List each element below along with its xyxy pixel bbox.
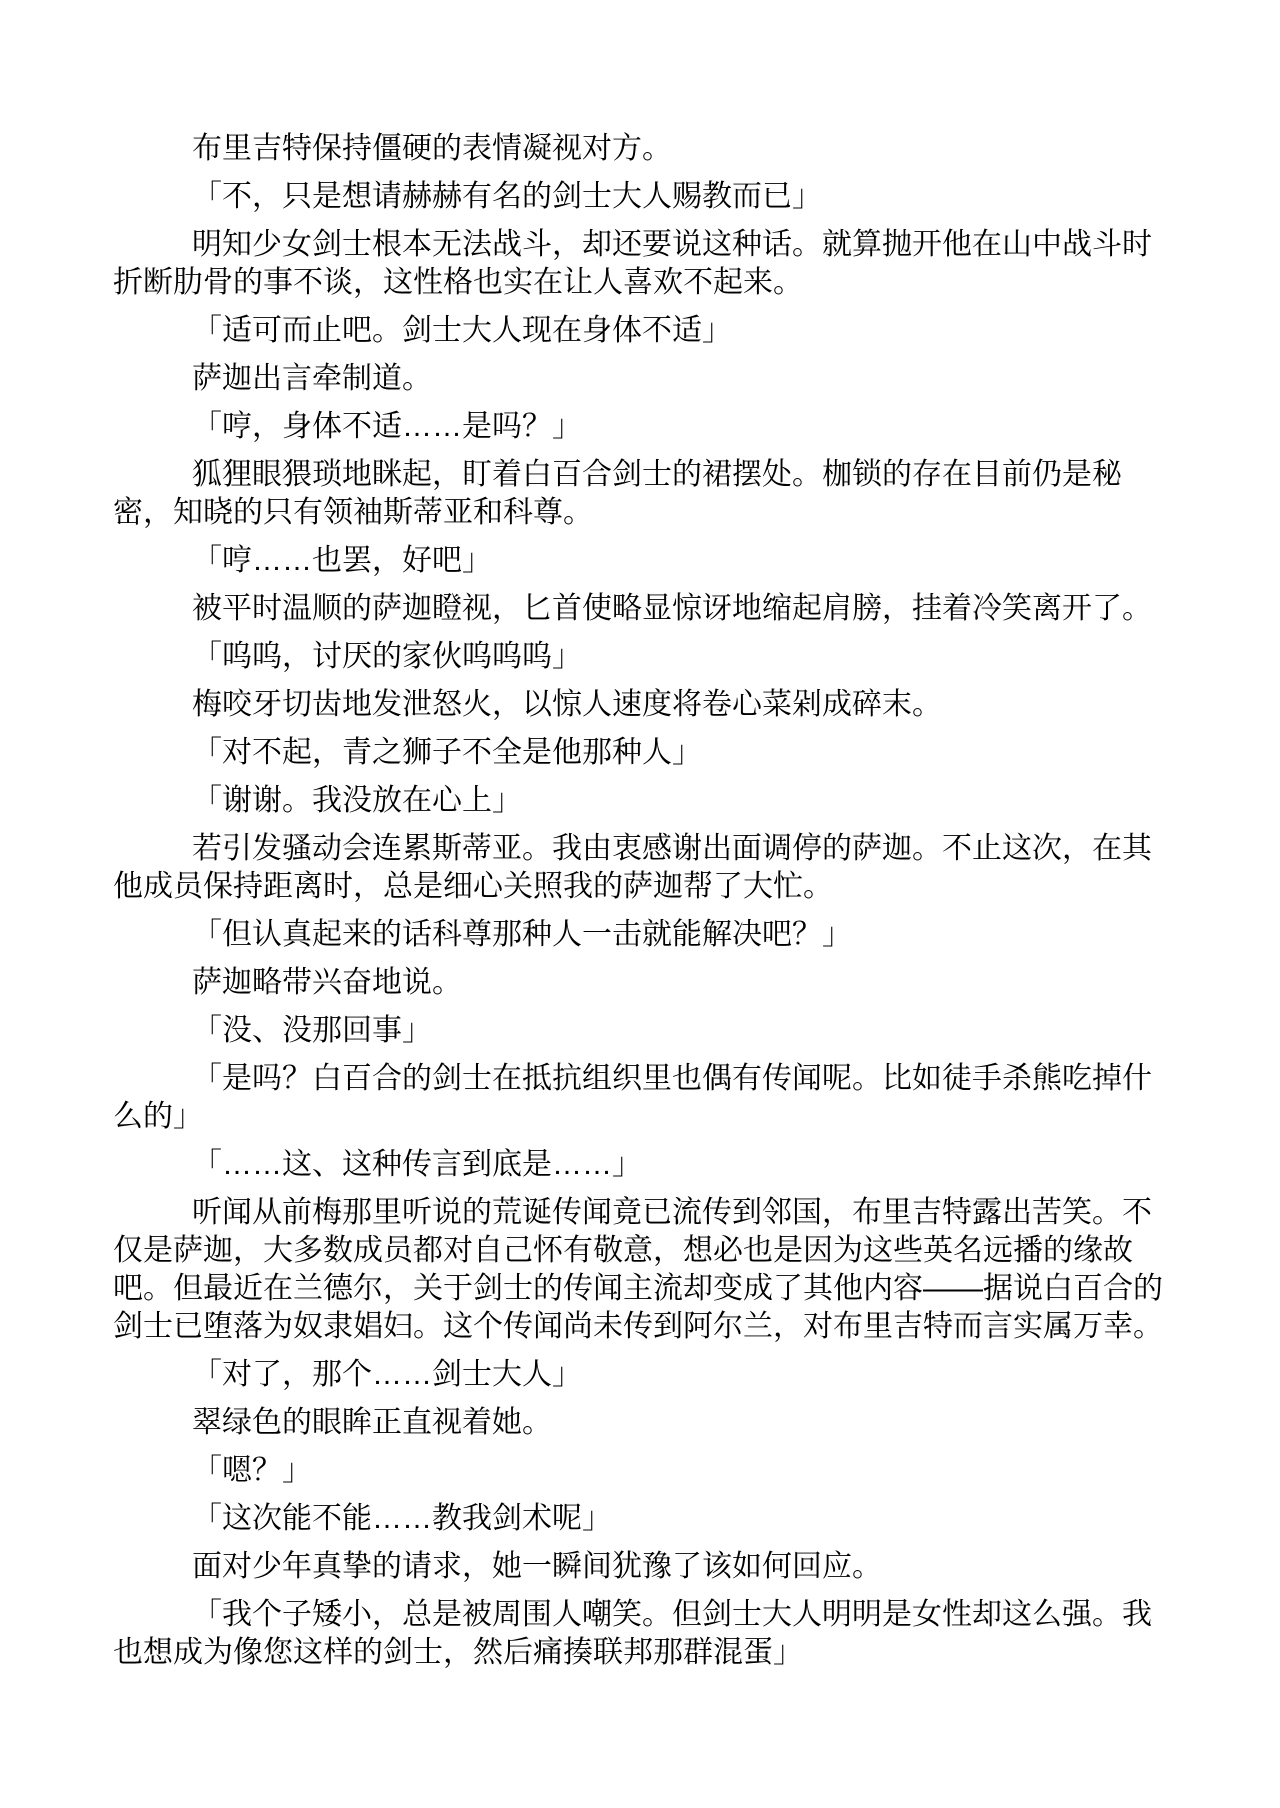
- paragraph-dialogue: 「哼，身体不适……是吗？」: [113, 408, 1166, 446]
- body-text: 布里吉特保持僵硬的表情凝视对方。 「不，只是想请赫赫有名的剑士大人赐教而已」 明…: [113, 130, 1166, 1672]
- paragraph-narration: 梅咬牙切齿地发泄怒火，以惊人速度将卷心菜剁成碎末。: [113, 686, 1166, 724]
- paragraph-dialogue: 「但认真起来的话科尊那种人一击就能解决吧？」: [113, 916, 1166, 954]
- paragraph-narration: 翠绿色的眼眸正直视着她。: [113, 1404, 1166, 1442]
- paragraph-narration: 若引发骚动会连累斯蒂亚。我由衷感谢出面调停的萨迦。不止这次，在其他成员保持距离时…: [113, 830, 1166, 906]
- paragraph-dialogue: 「不，只是想请赫赫有名的剑士大人赐教而已」: [113, 178, 1166, 216]
- paragraph-dialogue: 「呜呜，讨厌的家伙呜呜呜」: [113, 638, 1166, 676]
- paragraph-dialogue: 「嗯？」: [113, 1452, 1166, 1490]
- paragraph-dialogue: 「这次能不能……教我剑术呢」: [113, 1500, 1166, 1538]
- novel-page: 布里吉特保持僵硬的表情凝视对方。 「不，只是想请赫赫有名的剑士大人赐教而已」 明…: [0, 0, 1280, 1808]
- paragraph-narration: 听闻从前梅那里听说的荒诞传闻竟已流传到邻国，布里吉特露出苦笑。不仅是萨迦，大多数…: [113, 1194, 1166, 1346]
- paragraph-narration: 萨迦略带兴奋地说。: [113, 964, 1166, 1002]
- paragraph-dialogue: 「哼……也罢，好吧」: [113, 542, 1166, 580]
- paragraph-dialogue: 「我个子矮小，总是被周围人嘲笑。但剑士大人明明是女性却这么强。我也想成为像您这样…: [113, 1596, 1166, 1672]
- paragraph-dialogue: 「……这、这种传言到底是……」: [113, 1146, 1166, 1184]
- paragraph-dialogue: 「对不起，青之狮子不全是他那种人」: [113, 734, 1166, 772]
- paragraph-narration: 狐狸眼猥琐地眯起，盯着白百合剑士的裙摆处。枷锁的存在目前仍是秘密，知晓的只有领袖…: [113, 456, 1166, 532]
- paragraph-dialogue: 「适可而止吧。剑士大人现在身体不适」: [113, 312, 1166, 350]
- paragraph-narration: 明知少女剑士根本无法战斗，却还要说这种话。就算抛开他在山中战斗时折断肋骨的事不谈…: [113, 226, 1166, 302]
- paragraph-dialogue: 「没、没那回事」: [113, 1012, 1166, 1050]
- paragraph-narration: 被平时温顺的萨迦瞪视，匕首使略显惊讶地缩起肩膀，挂着冷笑离开了。: [113, 590, 1166, 628]
- paragraph-dialogue: 「谢谢。我没放在心上」: [113, 782, 1166, 820]
- paragraph-narration: 面对少年真挚的请求，她一瞬间犹豫了该如何回应。: [113, 1548, 1166, 1586]
- paragraph-dialogue: 「是吗？白百合的剑士在抵抗组织里也偶有传闻呢。比如徒手杀熊吃掉什么的」: [113, 1060, 1166, 1136]
- paragraph-dialogue: 「对了，那个……剑士大人」: [113, 1356, 1166, 1394]
- paragraph-narration: 萨迦出言牵制道。: [113, 360, 1166, 398]
- paragraph-narration: 布里吉特保持僵硬的表情凝视对方。: [113, 130, 1166, 168]
